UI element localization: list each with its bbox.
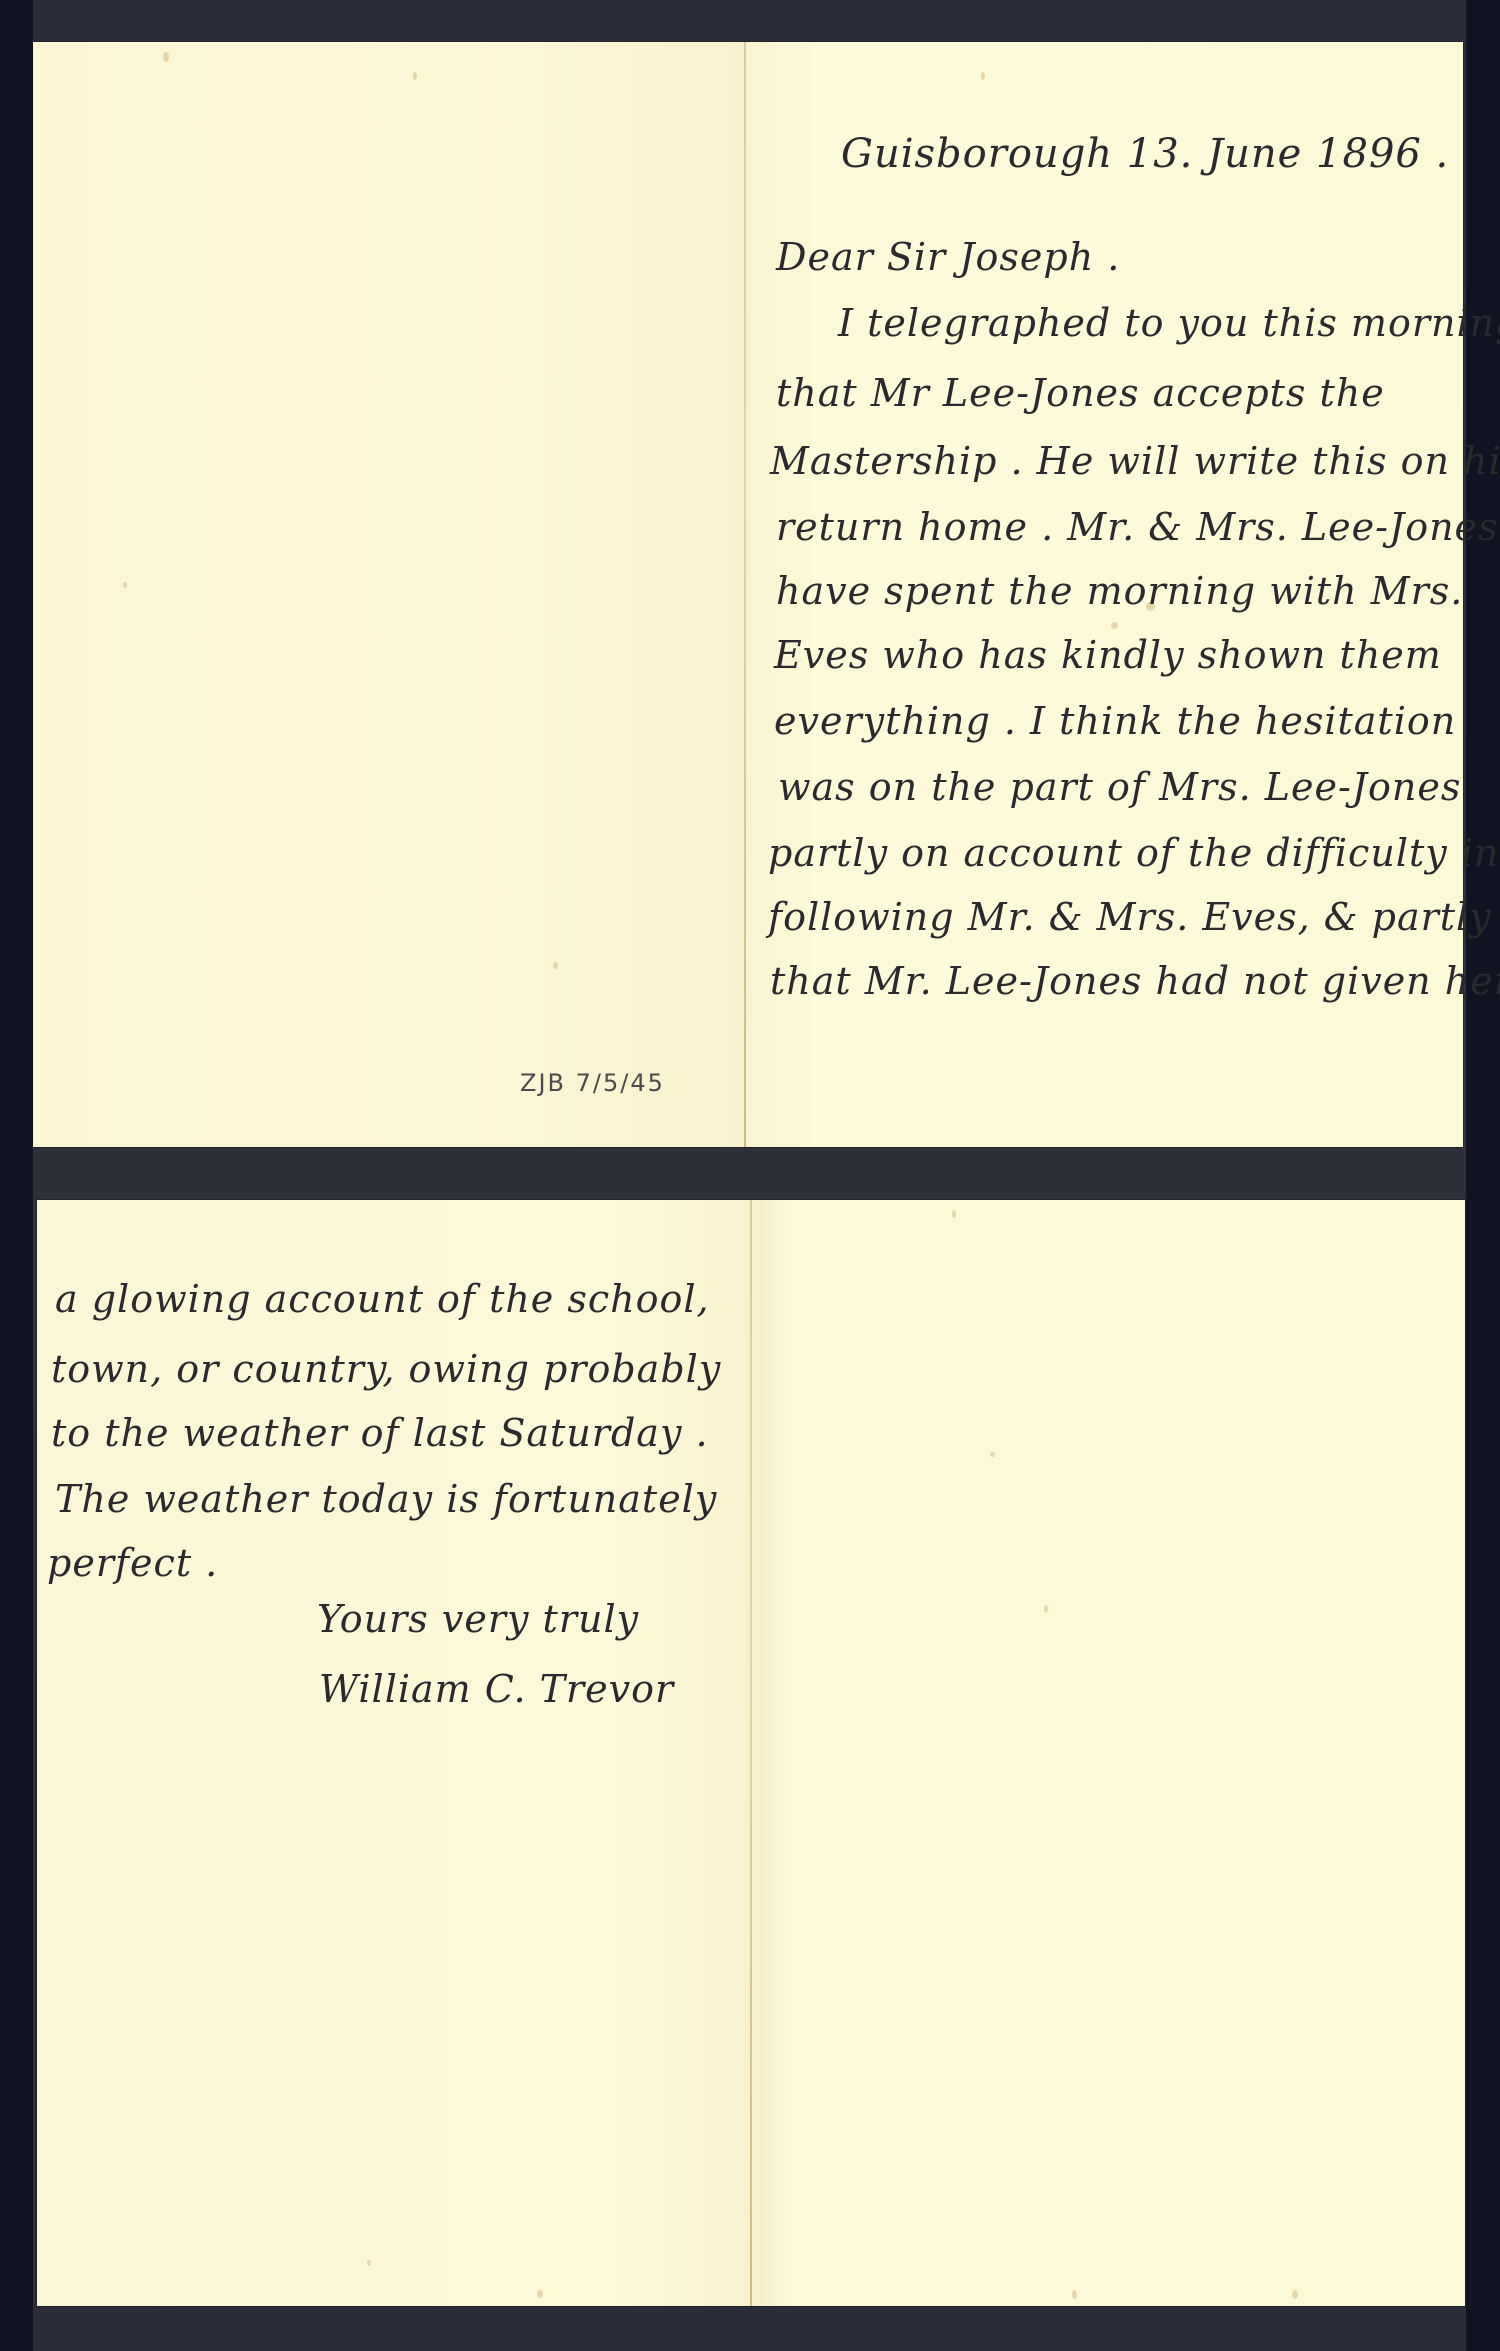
letter-signature: William C. Trevor [319, 1670, 674, 1708]
letter-sheet-1: ZJB 7/5/45 Guisborough 13. June 1896 . D… [33, 42, 1463, 1147]
foxing-spot [990, 1452, 995, 1457]
letter-salutation: Dear Sir Joseph . [776, 238, 1120, 276]
foxing-spot [1044, 1605, 1048, 1613]
sheet-1-left-page: ZJB 7/5/45 [33, 42, 744, 1147]
foxing-spot [981, 72, 985, 80]
letter-line: have spent the morning with Mrs. [776, 572, 1463, 610]
foxing-spot [413, 72, 417, 80]
foxing-spot [1111, 622, 1118, 629]
letter-sheet-2: a glowing account of the school, town, o… [37, 1200, 1465, 2306]
foxing-spot [123, 582, 127, 588]
foxing-spot [553, 962, 558, 969]
letter-place-date: Guisborough 13. June 1896 . [841, 134, 1449, 174]
letter-line: The weather today is fortunately [55, 1480, 717, 1518]
letter-line: everything . I think the hesitation [774, 702, 1456, 740]
letter-line: town, or country, owing probably [51, 1350, 721, 1388]
letter-line: partly on account of the difficulty in [768, 834, 1499, 872]
letter-line: Eves who has kindly shown them [774, 636, 1442, 674]
letter-line: I telegraphed to you this morning [838, 304, 1500, 342]
foxing-spot [537, 2290, 543, 2298]
letter-line: following Mr. & Mrs. Eves, & partly [768, 898, 1492, 936]
foxing-spot [1072, 2290, 1077, 2299]
foxing-spot [367, 2260, 371, 2266]
sheet-2-right-page-blank [752, 1200, 1465, 2306]
foxing-spot [1292, 2290, 1298, 2299]
letter-line: return home . Mr. & Mrs. Lee-Jones [776, 508, 1499, 546]
letter-line: a glowing account of the school, [55, 1280, 710, 1318]
sheet-1-right-page: Guisborough 13. June 1896 . Dear Sir Jos… [746, 42, 1463, 1147]
foxing-spot [952, 1210, 956, 1218]
foxing-spot [163, 52, 169, 62]
letter-line: that Mr. Lee-Jones had not given her [770, 962, 1500, 1000]
letter-line: to the weather of last Saturday . [51, 1414, 709, 1452]
letter-closing: Yours very truly [317, 1600, 639, 1638]
letter-line: Mastership . He will write this on his [770, 442, 1500, 480]
archive-reference-note: ZJB 7/5/45 [520, 1069, 665, 1097]
sheet-2-left-page: a glowing account of the school, town, o… [37, 1200, 750, 2306]
letter-line: perfect . [47, 1544, 218, 1582]
letter-line: was on the part of Mrs. Lee-Jones [778, 768, 1461, 806]
letter-line: that Mr Lee-Jones accepts the [776, 374, 1385, 412]
